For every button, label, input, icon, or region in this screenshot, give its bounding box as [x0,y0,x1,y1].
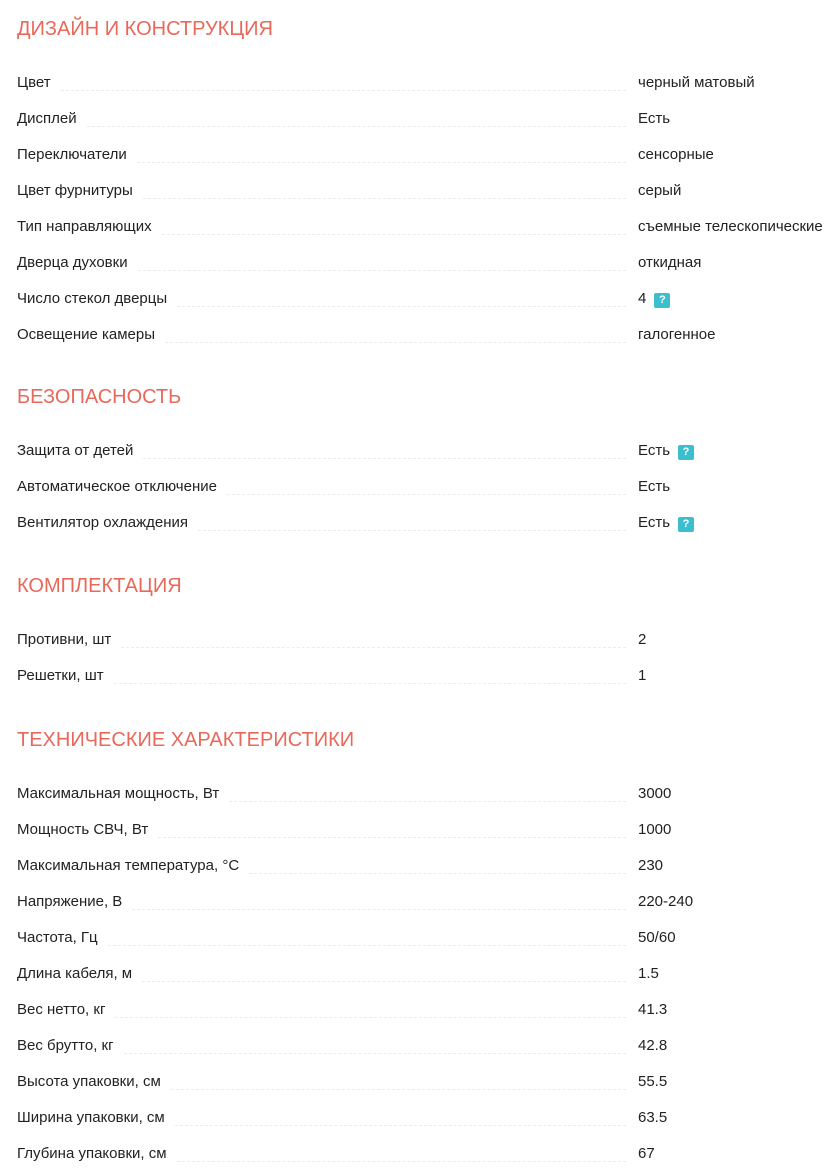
spec-section: БЕЗОПАСНОСТЬЗащита от детейЕсть?Автомати… [17,384,837,541]
question-icon[interactable]: ? [654,293,670,308]
spec-label: Вес брутто, кг [17,1028,114,1064]
spec-label: Частота, Гц [17,920,98,956]
spec-label: Вентилятор охлаждения [17,505,188,541]
spec-label: Освещение камеры [17,317,155,353]
dotted-leader-divider [162,234,626,235]
spec-value: 2 [638,622,646,658]
spec-row: Автоматическое отключениеЕсть [17,469,837,505]
spec-section: КОМПЛЕКТАЦИЯПротивни, шт2Решетки, шт1 [17,573,837,694]
dotted-leader-divider [138,270,626,271]
dotted-leader-divider [124,1053,626,1054]
spec-value-cell: 2 [638,622,837,658]
spec-value: 4 [638,281,646,317]
dotted-leader-divider [143,458,626,459]
spec-row: Тип направляющихсъемные телескопические [17,209,837,245]
spec-value-cell: 1.5 [638,956,837,992]
spec-label: Длина кабеля, м [17,956,132,992]
spec-value-cell: Есть [638,469,837,505]
spec-value-cell: Есть [638,101,837,137]
spec-row: Защита от детейЕсть? [17,433,837,469]
spec-row: Максимальная мощность, Вт3000 [17,776,837,812]
spec-label: Глубина упаковки, см [17,1136,167,1170]
section-title: ДИЗАЙН И КОНСТРУКЦИЯ [17,16,837,42]
spec-value: галогенное [638,317,715,353]
spec-label: Решетки, шт [17,658,104,694]
spec-row: Высота упаковки, см55.5 [17,1064,837,1100]
spec-row: Цветчерный матовый [17,65,837,101]
spec-section: ДИЗАЙН И КОНСТРУКЦИЯЦветчерный матовыйДи… [17,16,837,353]
spec-label: Автоматическое отключение [17,469,217,505]
spec-value-cell: серый [638,173,837,209]
spec-row: Частота, Гц50/60 [17,920,837,956]
dotted-leader-divider [227,494,626,495]
spec-row: Вентилятор охлажденияЕсть? [17,505,837,541]
dotted-leader-divider [165,342,626,343]
dotted-leader-divider [132,909,626,910]
spec-value-cell: 230 [638,848,837,884]
spec-value: 1 [638,658,646,694]
spec-value-cell: 220-240 [638,884,837,920]
spec-row: Напряжение, В220-240 [17,884,837,920]
question-icon[interactable]: ? [678,517,694,532]
spec-value: Есть [638,433,670,469]
spec-label: Ширина упаковки, см [17,1100,165,1136]
section-title: КОМПЛЕКТАЦИЯ [17,573,837,599]
spec-value-cell: 50/60 [638,920,837,956]
spec-value: сенсорные [638,137,714,173]
spec-value: 220-240 [638,884,693,920]
spec-rows: Цветчерный матовыйДисплейЕстьПереключате… [17,65,837,353]
spec-row: Вес брутто, кг42.8 [17,1028,837,1064]
spec-label: Число стекол дверцы [17,281,167,317]
section-title: ТЕХНИЧЕСКИЕ ХАРАКТЕРИСТИКИ [17,727,837,753]
spec-value: съемные телескопические [638,209,823,245]
spec-value: Есть [638,101,670,137]
dotted-leader-divider [61,90,626,91]
dotted-leader-divider [137,162,626,163]
spec-label: Защита от детей [17,433,133,469]
spec-row: Глубина упаковки, см67 [17,1136,837,1170]
spec-row: Решетки, шт1 [17,658,837,694]
spec-label: Дверца духовки [17,245,128,281]
spec-row: Освещение камерыгалогенное [17,317,837,353]
spec-value-cell: 41.3 [638,992,837,1028]
dotted-leader-divider [142,981,626,982]
spec-value: 63.5 [638,1100,667,1136]
spec-row: Вес нетто, кг41.3 [17,992,837,1028]
spec-label: Максимальная мощность, Вт [17,776,219,812]
dotted-leader-divider [158,837,626,838]
spec-value: черный матовый [638,65,755,101]
spec-label: Мощность СВЧ, Вт [17,812,148,848]
spec-label: Цвет фурнитуры [17,173,133,209]
spec-value: 1.5 [638,956,659,992]
spec-row: Переключателисенсорные [17,137,837,173]
dotted-leader-divider [114,683,626,684]
spec-row: ДисплейЕсть [17,101,837,137]
spec-rows: Защита от детейЕсть?Автоматическое отклю… [17,433,837,541]
spec-row: Дверца духовкиоткидная [17,245,837,281]
spec-label: Противни, шт [17,622,111,658]
spec-value-cell: 63.5 [638,1100,837,1136]
spec-value: 42.8 [638,1028,667,1064]
spec-value-cell: 55.5 [638,1064,837,1100]
spec-value-cell: сенсорные [638,137,837,173]
spec-value-cell: 42.8 [638,1028,837,1064]
spec-value: 55.5 [638,1064,667,1100]
spec-value-cell: галогенное [638,317,837,353]
spec-row: Мощность СВЧ, Вт1000 [17,812,837,848]
spec-value-cell: 67 [638,1136,837,1170]
spec-label: Высота упаковки, см [17,1064,161,1100]
dotted-leader-divider [249,873,626,874]
dotted-leader-divider [171,1089,626,1090]
spec-label: Вес нетто, кг [17,992,105,1028]
spec-section: ТЕХНИЧЕСКИЕ ХАРАКТЕРИСТИКИМаксимальная м… [17,727,837,1170]
dotted-leader-divider [108,945,626,946]
spec-value-cell: 1 [638,658,837,694]
spec-label: Дисплей [17,101,77,137]
spec-value: 230 [638,848,663,884]
spec-value: Есть [638,505,670,541]
dotted-leader-divider [175,1125,626,1126]
spec-label: Цвет [17,65,51,101]
spec-value-cell: Есть? [638,433,837,469]
dotted-leader-divider [229,801,626,802]
dotted-leader-divider [115,1017,626,1018]
spec-value: откидная [638,245,701,281]
spec-row: Цвет фурнитурысерый [17,173,837,209]
dotted-leader-divider [143,198,626,199]
dotted-leader-divider [177,306,626,307]
spec-row: Противни, шт2 [17,622,837,658]
spec-label: Максимальная температура, °C [17,848,239,884]
spec-rows: Максимальная мощность, Вт3000Мощность СВ… [17,776,837,1170]
spec-row: Число стекол дверцы4? [17,281,837,317]
dotted-leader-divider [177,1161,626,1162]
dotted-leader-divider [87,126,626,127]
spec-row: Длина кабеля, м1.5 [17,956,837,992]
spec-value-cell: Есть? [638,505,837,541]
spec-value: серый [638,173,681,209]
spec-value: 41.3 [638,992,667,1028]
spec-value: 3000 [638,776,671,812]
spec-rows: Противни, шт2Решетки, шт1 [17,622,837,694]
spec-row: Максимальная температура, °C230 [17,848,837,884]
dotted-leader-divider [121,647,626,648]
section-title: БЕЗОПАСНОСТЬ [17,384,837,410]
question-icon[interactable]: ? [678,445,694,460]
spec-label: Тип направляющих [17,209,152,245]
spec-value-cell: съемные телескопические [638,209,837,245]
spec-value-cell: черный матовый [638,65,837,101]
spec-value: 50/60 [638,920,676,956]
spec-value-cell: 1000 [638,812,837,848]
spec-value: Есть [638,469,670,505]
spec-label: Напряжение, В [17,884,122,920]
spec-row: Ширина упаковки, см63.5 [17,1100,837,1136]
spec-label: Переключатели [17,137,127,173]
dotted-leader-divider [198,530,626,531]
spec-value-cell: откидная [638,245,837,281]
spec-value-cell: 4? [638,281,837,317]
spec-value: 1000 [638,812,671,848]
spec-value: 67 [638,1136,655,1170]
spec-value-cell: 3000 [638,776,837,812]
